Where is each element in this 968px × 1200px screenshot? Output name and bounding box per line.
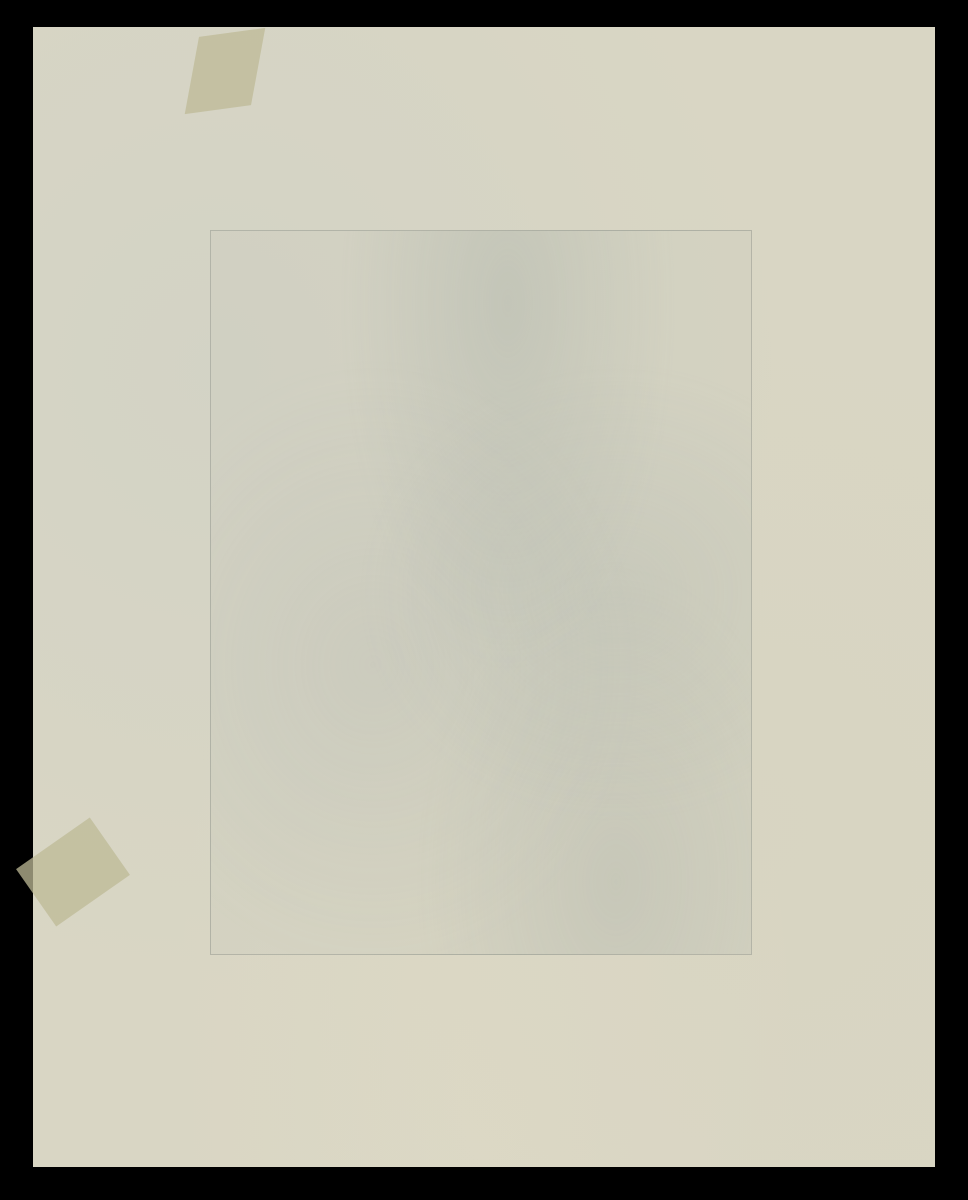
plate-impression — [210, 230, 752, 955]
tape-strip-top — [185, 28, 266, 114]
tape-strip-left — [16, 818, 130, 927]
paper-sheet — [33, 27, 935, 1167]
